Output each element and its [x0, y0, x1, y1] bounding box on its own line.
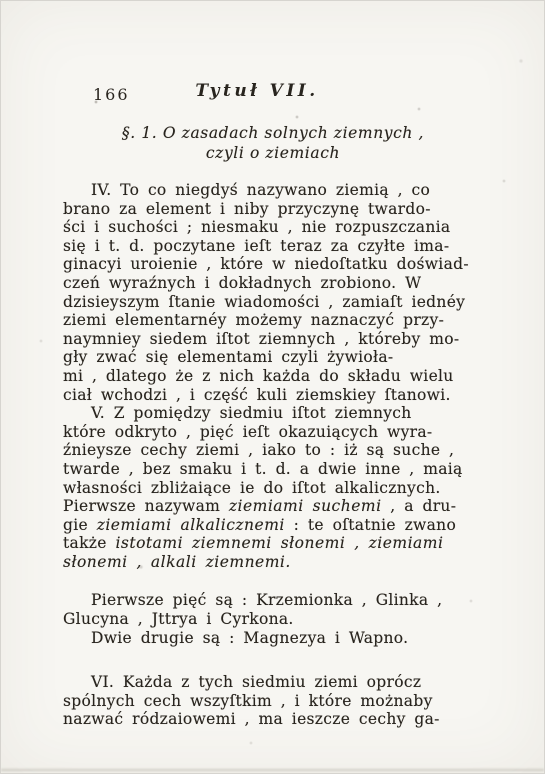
- paragraph-v: V. Z pomiędzy siedmiu iſtot ziemnych któ…: [63, 404, 483, 571]
- paragraph-two-other-earths: Dwie drugie są : Magnezya i Wapno.: [63, 629, 483, 648]
- italic-phrase-ziemiami-suchemi: ziemiami suchemi: [229, 497, 382, 515]
- paragraph-vi: VI. Każda z tych siedmiu ziemi oprócz sp…: [63, 673, 483, 729]
- running-title: Tytuł VII.: [1, 81, 513, 101]
- section-heading-line2: czyli o ziemiach: [63, 143, 483, 163]
- paragraph-iv: IV. To co niegdyś nazywano ziemią , co b…: [63, 181, 483, 404]
- paragraph-first-five-earths: Pierwsze pięć są : Krzemionka , Glinka ,…: [63, 591, 483, 628]
- section-heading-line1: §. 1. O zasadach solnych ziemnych ,: [63, 123, 483, 143]
- italic-phrase-istotami-ziemnemi-slonemi: istotami ziemnemi słonemi , ziemiami sło…: [63, 534, 443, 571]
- text-block: §. 1. O zasadach solnych ziemnych , czyl…: [63, 123, 483, 729]
- scanned-book-page: 166 Tytuł VII. §. 1. O zasadach solnych …: [0, 0, 545, 774]
- section-heading: §. 1. O zasadach solnych ziemnych , czyl…: [63, 123, 483, 163]
- scan-edge-shadow: [1, 769, 544, 771]
- italic-phrase-ziemiami-alkalicznemi: ziemiami alkalicznemi: [97, 516, 285, 534]
